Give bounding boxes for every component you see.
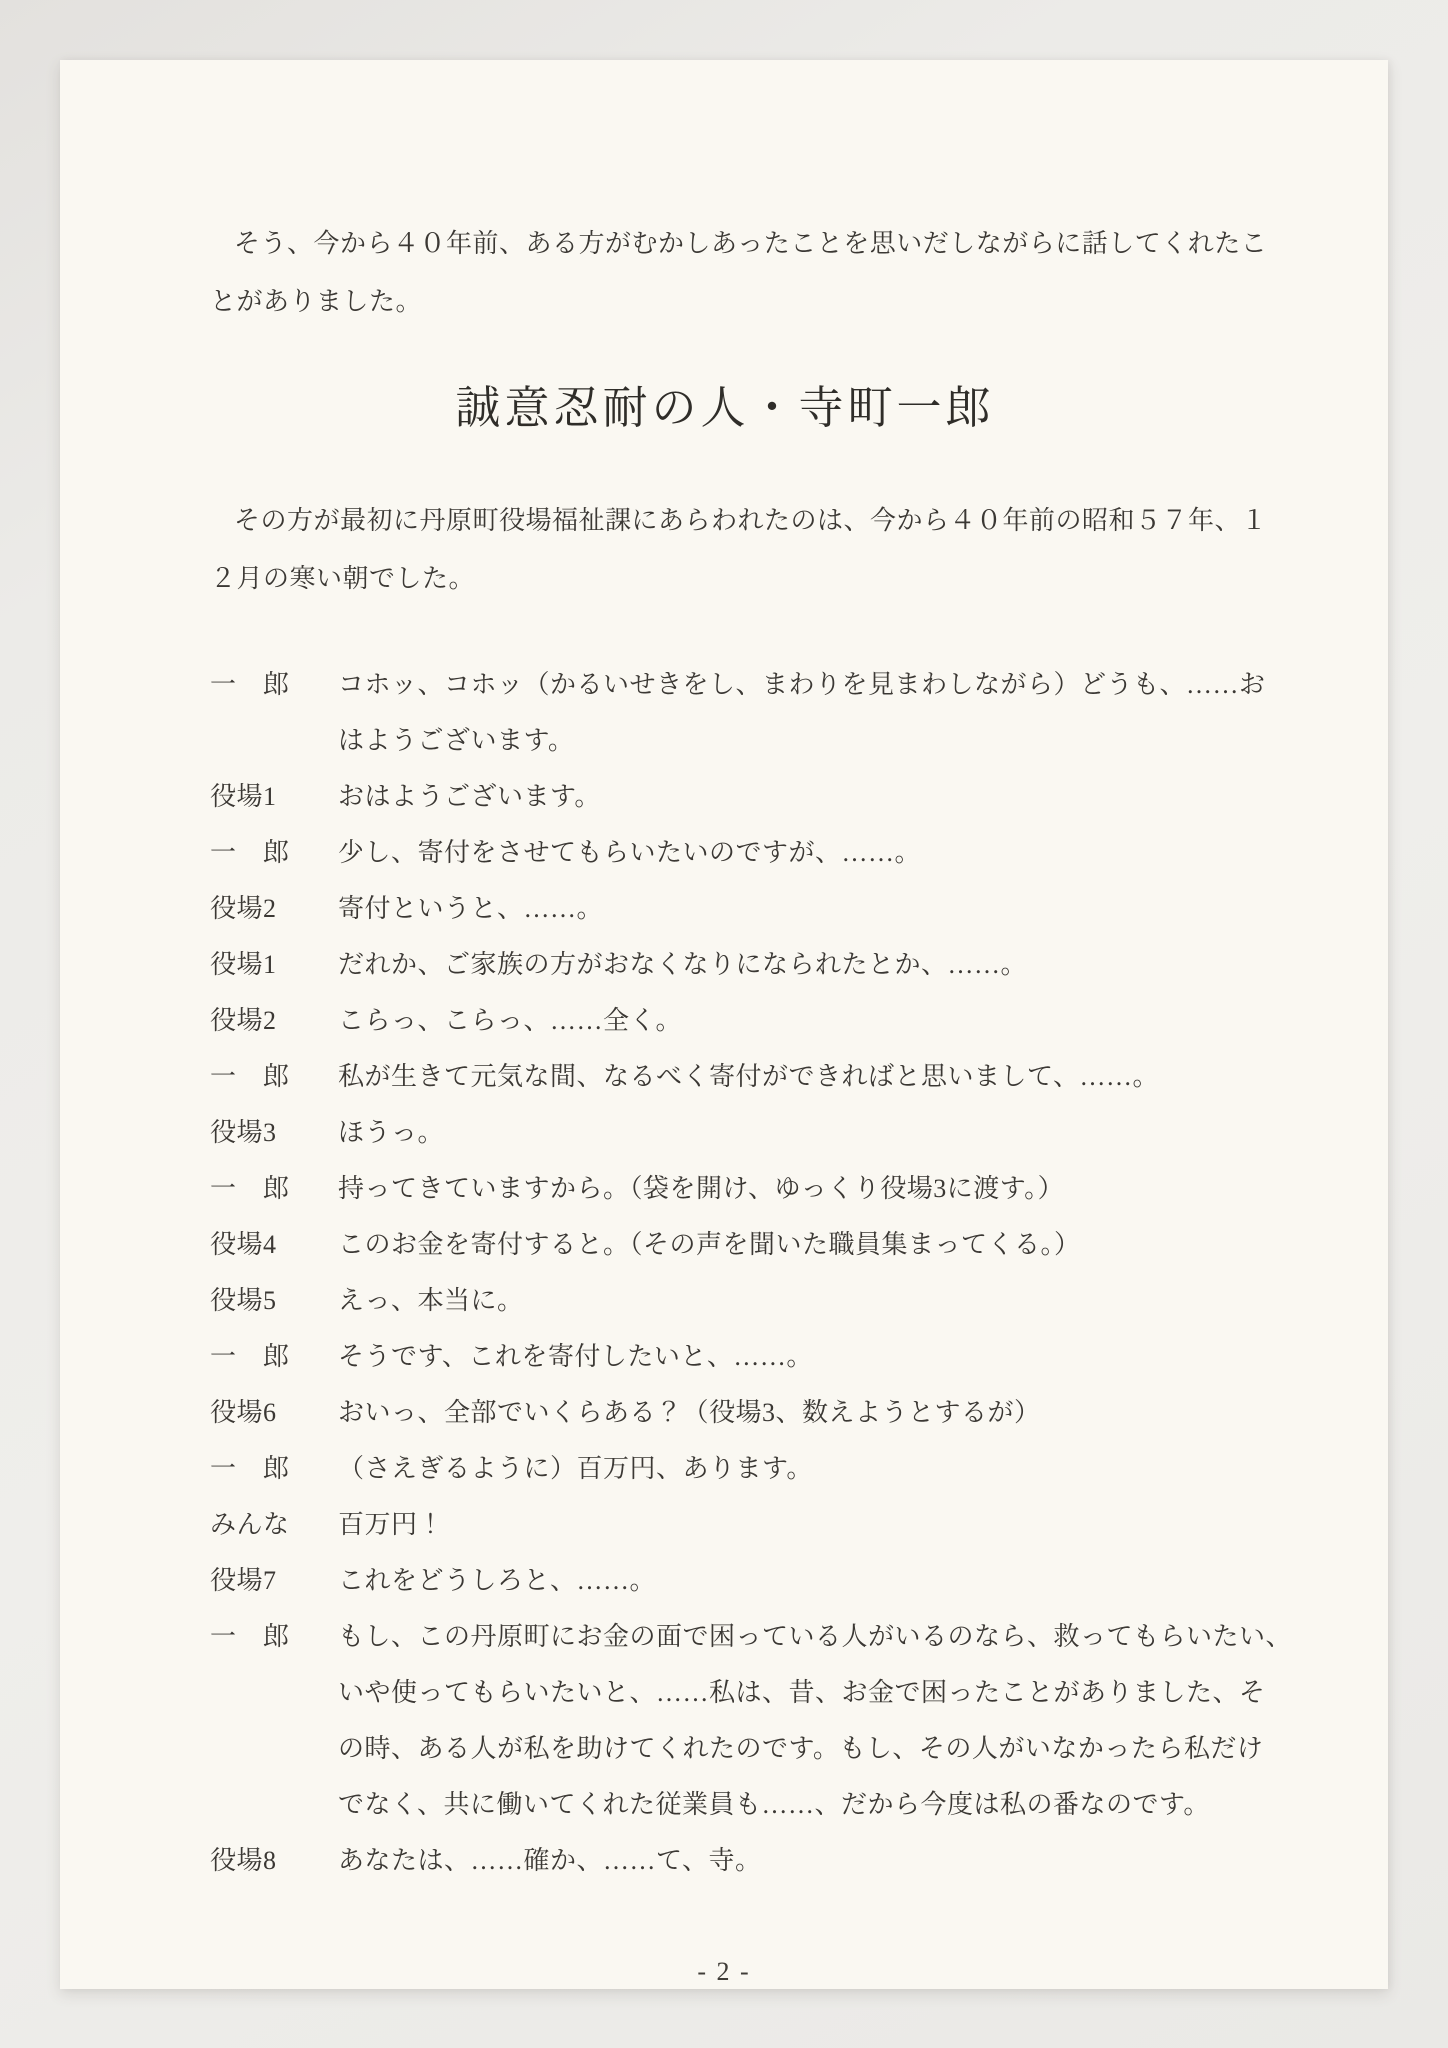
- speech-text: もし、この丹原町にお金の面で困っている人がいるのなら、救ってもらいたい、いや使っ…: [338, 1609, 1292, 1833]
- dialogue-entry: 役場6おいっ、全部でいくらある？（役場3、数えようとするが）: [210, 1385, 1240, 1441]
- dialogue-line: ほうっ。: [338, 1105, 444, 1161]
- dialogue-entry: 役場2こらっ、こらっ、……全く。: [210, 993, 1240, 1049]
- paragraph-line: その方が最初に丹原町役場福祉課にあらわれたのは、今から４０年前の昭和５７年、１: [210, 492, 1240, 550]
- dialogue-line: でなく、共に働いてくれた従業員も……、だから今度は私の番なのです。: [338, 1777, 1292, 1833]
- intro-paragraph: そう、今から４０年前、ある方がむかしあったことを思いだしながらに話してくれたこと…: [210, 215, 1240, 331]
- dialogue-line: もし、この丹原町にお金の面で困っている人がいるのなら、救ってもらいたい、: [338, 1609, 1292, 1665]
- dialogue-line: これをどうしろと、……。: [338, 1553, 656, 1609]
- dialogue-entry: 役場7これをどうしろと、……。: [210, 1553, 1240, 1609]
- dialogue-entry: 役場8あなたは、……確か、……て、寺。: [210, 1833, 1240, 1889]
- dialogue-entry: 役場5えっ、本当に。: [210, 1273, 1240, 1329]
- dialogue-list: 一 郎コホッ、コホッ（かるいせきをし、まわりを見まわしながら）どうも、……おはよ…: [210, 657, 1240, 1889]
- scene-setting-paragraph: その方が最初に丹原町役場福祉課にあらわれたのは、今から４０年前の昭和５７年、１２…: [210, 492, 1240, 608]
- scan-background: そう、今から４０年前、ある方がむかしあったことを思いだしながらに話してくれたこと…: [0, 0, 1448, 2048]
- speaker-label: 一 郎: [210, 1049, 338, 1105]
- dialogue-line: 私が生きて元気な間、なるべく寄付ができればと思いまして、……。: [338, 1049, 1159, 1105]
- speaker-label: 役場1: [210, 769, 338, 825]
- speech-text: （さえぎるように）百万円、あります。: [338, 1441, 813, 1497]
- dialogue-entry: 役場2寄付というと、……。: [210, 881, 1240, 937]
- speech-text: だれか、ご家族の方がおなくなりになられたとか、……。: [338, 937, 1027, 993]
- speaker-label: 一 郎: [210, 657, 338, 713]
- dialogue-entry: 一 郎（さえぎるように）百万円、あります。: [210, 1441, 1240, 1497]
- dialogue-line: 百万円！: [338, 1497, 444, 1553]
- speech-text: おいっ、全部でいくらある？（役場3、数えようとするが）: [338, 1385, 1041, 1441]
- speech-text: これをどうしろと、……。: [338, 1553, 656, 1609]
- speaker-label: 一 郎: [210, 1441, 338, 1497]
- dialogue-line: 少し、寄付をさせてもらいたいのですが、……。: [338, 825, 921, 881]
- speaker-label: みんな: [210, 1497, 338, 1553]
- dialogue-line: 寄付というと、……。: [338, 881, 603, 937]
- dialogue-entry: 一 郎私が生きて元気な間、なるべく寄付ができればと思いまして、……。: [210, 1049, 1240, 1105]
- dialogue-line: こらっ、こらっ、……全く。: [338, 993, 682, 1049]
- dialogue-line: おはようございます。: [338, 769, 601, 825]
- speaker-label: 役場3: [210, 1105, 338, 1161]
- dialogue-entry: 一 郎もし、この丹原町にお金の面で困っている人がいるのなら、救ってもらいたい、い…: [210, 1609, 1240, 1833]
- document-page: そう、今から４０年前、ある方がむかしあったことを思いだしながらに話してくれたこと…: [60, 60, 1388, 1989]
- speaker-label: 一 郎: [210, 1161, 338, 1217]
- speaker-label: 役場6: [210, 1385, 338, 1441]
- speech-text: えっ、本当に。: [338, 1273, 524, 1329]
- speech-text: 百万円！: [338, 1497, 444, 1553]
- dialogue-line: の時、ある人が私を助けてくれたのです。もし、その人がいなかったら私だけ: [338, 1721, 1292, 1777]
- speaker-label: 役場4: [210, 1217, 338, 1273]
- speaker-label: 役場2: [210, 993, 338, 1049]
- speaker-label: 役場7: [210, 1553, 338, 1609]
- dialogue-entry: 役場1おはようございます。: [210, 769, 1240, 825]
- speech-text: ほうっ。: [338, 1105, 444, 1161]
- speaker-label: 役場1: [210, 937, 338, 993]
- paragraph-line: そう、今から４０年前、ある方がむかしあったことを思いだしながらに話してくれたこ: [210, 215, 1240, 273]
- speaker-label: 役場2: [210, 881, 338, 937]
- speech-text: おはようございます。: [338, 769, 601, 825]
- dialogue-entry: みんな百万円！: [210, 1497, 1240, 1553]
- paragraph-line: とがありました。: [210, 273, 1240, 331]
- speaker-label: 役場5: [210, 1273, 338, 1329]
- dialogue-line: そうです、これを寄付したいと、……。: [338, 1329, 813, 1385]
- dialogue-line: あなたは、……確か、……て、寺。: [338, 1833, 761, 1889]
- dialogue-line: えっ、本当に。: [338, 1273, 524, 1329]
- speech-text: コホッ、コホッ（かるいせきをし、まわりを見まわしながら）どうも、……おはようござ…: [338, 657, 1266, 769]
- dialogue-entry: 一 郎そうです、これを寄付したいと、……。: [210, 1329, 1240, 1385]
- speech-text: 持ってきていますから。（袋を開け、ゆっくり役場3に渡す。）: [338, 1161, 1064, 1217]
- speech-text: 私が生きて元気な間、なるべく寄付ができればと思いまして、……。: [338, 1049, 1159, 1105]
- dialogue-entry: 一 郎コホッ、コホッ（かるいせきをし、まわりを見まわしながら）どうも、……おはよ…: [210, 657, 1240, 769]
- dialogue-entry: 役場4このお金を寄付すると。（その声を聞いた職員集まってくる。）: [210, 1217, 1240, 1273]
- dialogue-line: だれか、ご家族の方がおなくなりになられたとか、……。: [338, 937, 1027, 993]
- dialogue-entry: 一 郎少し、寄付をさせてもらいたいのですが、……。: [210, 825, 1240, 881]
- speaker-label: 役場8: [210, 1833, 338, 1889]
- speech-text: あなたは、……確か、……て、寺。: [338, 1833, 761, 1889]
- dialogue-line: おいっ、全部でいくらある？（役場3、数えようとするが）: [338, 1385, 1041, 1441]
- speaker-label: 一 郎: [210, 1329, 338, 1385]
- dialogue-line: （さえぎるように）百万円、あります。: [338, 1441, 813, 1497]
- speech-text: 寄付というと、……。: [338, 881, 603, 937]
- speaker-label: 一 郎: [210, 1609, 338, 1665]
- dialogue-line: 持ってきていますから。（袋を開け、ゆっくり役場3に渡す。）: [338, 1161, 1064, 1217]
- speech-text: 少し、寄付をさせてもらいたいのですが、……。: [338, 825, 921, 881]
- dialogue-entry: 役場1だれか、ご家族の方がおなくなりになられたとか、……。: [210, 937, 1240, 993]
- speech-text: こらっ、こらっ、……全く。: [338, 993, 682, 1049]
- dialogue-line: はようございます。: [338, 713, 1266, 769]
- speech-text: このお金を寄付すると。（その声を聞いた職員集まってくる。）: [338, 1217, 1081, 1273]
- speech-text: そうです、これを寄付したいと、……。: [338, 1329, 813, 1385]
- dialogue-line: このお金を寄付すると。（その声を聞いた職員集まってくる。）: [338, 1217, 1081, 1273]
- script-title: 誠意忍耐の人・寺町一郎: [210, 376, 1240, 440]
- page-number: - 2 -: [60, 1957, 1388, 1987]
- dialogue-entry: 一 郎持ってきていますから。（袋を開け、ゆっくり役場3に渡す。）: [210, 1161, 1240, 1217]
- speaker-label: 一 郎: [210, 825, 338, 881]
- dialogue-entry: 役場3ほうっ。: [210, 1105, 1240, 1161]
- dialogue-line: コホッ、コホッ（かるいせきをし、まわりを見まわしながら）どうも、……お: [338, 657, 1266, 713]
- page-content: そう、今から４０年前、ある方がむかしあったことを思いだしながらに話してくれたこと…: [210, 60, 1240, 1889]
- paragraph-line: ２月の寒い朝でした。: [210, 550, 1240, 608]
- dialogue-line: いや使ってもらいたいと、……私は、昔、お金で困ったことがありました、そ: [338, 1665, 1292, 1721]
